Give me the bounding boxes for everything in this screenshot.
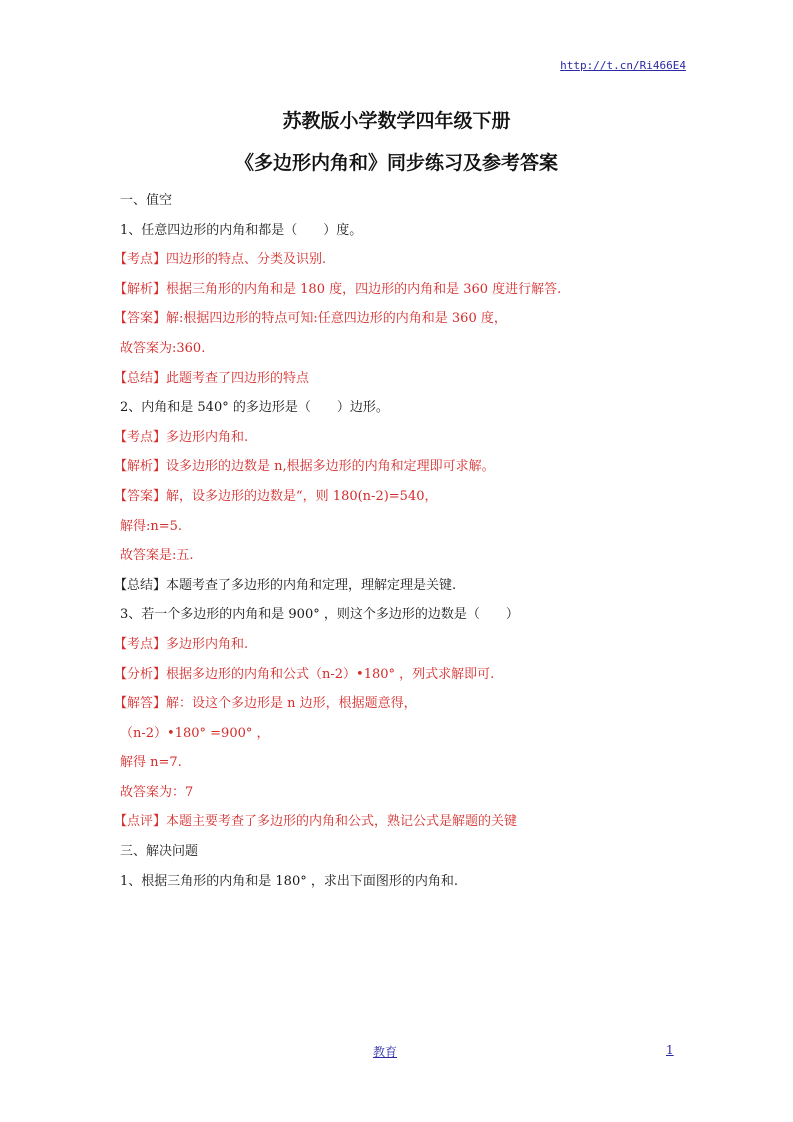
line-text: 根据多边形的内角和公式（n-2）•180° ，列式求解即可. [166, 667, 494, 682]
document-line: 【总结】本题考查了多边形的内角和定理，理解定理是关键. [120, 571, 680, 601]
document-title: 苏教版小学数学四年级下册 [0, 106, 793, 133]
line-text: 解得:n=5. [120, 519, 182, 534]
section-tag: 【总结】 [114, 371, 166, 386]
document-line: 【答案】解:根据四边形的特点可知:任意四边形的内角和是 360 度， [120, 304, 680, 334]
section-tag: 【答案】 [114, 311, 166, 326]
line-text: 故答案为：7 [120, 785, 193, 800]
document-line: 三、解决问题 [120, 837, 680, 867]
line-text: 解，设多边形的边数是“，则 180(n-2)=540， [166, 489, 437, 504]
section-tag: 【解析】 [114, 459, 166, 474]
line-text: 此题考查了四边形的特点 [166, 371, 309, 386]
document-line: 【答案】解，设多边形的边数是“，则 180(n-2)=540， [120, 482, 680, 512]
document-line: 【总结】此题考查了四边形的特点 [120, 364, 680, 394]
line-text: 解:根据四边形的特点可知:任意四边形的内角和是 360 度， [166, 311, 507, 326]
line-text: 3、若一个多边形的内角和是 900° ，则这个多边形的边数是（ ） [120, 607, 519, 622]
document-line: 【解析】根据三角形的内角和是 180 度，四边形的内角和是 360 度进行解答. [120, 275, 680, 305]
line-text: 本题考查了多边形的内角和定理，理解定理是关键. [166, 578, 456, 593]
page-number[interactable]: 1 [666, 1043, 674, 1057]
document-line: 【解析】设多边形的边数是 n,根据多边形的内角和定理即可求解。 [120, 452, 680, 482]
line-text: 多边形内角和. [166, 430, 248, 445]
section-tag: 【答案】 [114, 489, 166, 504]
document-line: 【考点】四边形的特点、分类及识别. [120, 245, 680, 275]
footer-link[interactable]: 教育 [373, 1043, 397, 1060]
line-text: 故答案是:五. [120, 548, 194, 563]
line-text: （n-2）•180° =900° ， [120, 726, 270, 741]
header-url-link[interactable]: http://t.cn/Ri466E4 [560, 59, 686, 72]
document-line: 故答案是:五. [120, 541, 680, 571]
document-subtitle: 《多边形内角和》同步练习及参考答案 [0, 148, 793, 175]
section-tag: 【解答】 [114, 696, 166, 711]
line-text: 1、根据三角形的内角和是 180° ，求出下面图形的内角和. [120, 874, 458, 889]
document-line: 【考点】多边形内角和. [120, 423, 680, 453]
document-line: 【点评】本题主要考查了多边形的内角和公式，熟记公式是解题的关键 [120, 807, 680, 837]
line-text: 故答案为:360. [120, 341, 205, 356]
line-text: 本题主要考查了多边形的内角和公式，熟记公式是解题的关键 [166, 814, 517, 829]
document-line: 故答案为：7 [120, 778, 680, 808]
document-line: 3、若一个多边形的内角和是 900° ，则这个多边形的边数是（ ） [120, 600, 680, 630]
line-text: 四边形的特点、分类及识别. [166, 252, 326, 267]
document-line: 解得:n=5. [120, 512, 680, 542]
line-text: 一、值空 [120, 193, 172, 208]
section-tag: 【点评】 [114, 814, 166, 829]
document-line: 【解答】解：设这个多边形是 n 边形，根据题意得， [120, 689, 680, 719]
document-line: 1、任意四边形的内角和都是（ ）度。 [120, 216, 680, 246]
document-line: 一、值空 [120, 186, 680, 216]
line-text: 解：设这个多边形是 n 边形，根据题意得， [166, 696, 417, 711]
line-text: 解得 n=7. [120, 755, 182, 770]
section-tag: 【考点】 [114, 252, 166, 267]
document-line: 【考点】多边形内角和. [120, 630, 680, 660]
document-body: 一、值空1、任意四边形的内角和都是（ ）度。【考点】四边形的特点、分类及识别.【… [120, 186, 680, 896]
section-tag: 【考点】 [114, 637, 166, 652]
line-text: 多边形内角和. [166, 637, 248, 652]
line-text: 设多边形的边数是 n,根据多边形的内角和定理即可求解。 [166, 459, 495, 474]
document-line: 2、内角和是 540° 的多边形是（ ）边形。 [120, 393, 680, 423]
document-line: 1、根据三角形的内角和是 180° ，求出下面图形的内角和. [120, 867, 680, 897]
line-text: 根据三角形的内角和是 180 度，四边形的内角和是 360 度进行解答. [166, 282, 561, 297]
document-line: （n-2）•180° =900° ， [120, 719, 680, 749]
document-line: 解得 n=7. [120, 748, 680, 778]
section-tag: 【考点】 [114, 430, 166, 445]
line-text: 1、任意四边形的内角和都是（ ）度。 [120, 223, 362, 238]
section-tag: 【总结】 [114, 578, 166, 593]
document-line: 故答案为:360. [120, 334, 680, 364]
line-text: 2、内角和是 540° 的多边形是（ ）边形。 [120, 400, 389, 415]
document-line: 【分析】根据多边形的内角和公式（n-2）•180° ，列式求解即可. [120, 660, 680, 690]
line-text: 三、解决问题 [120, 844, 198, 859]
section-tag: 【解析】 [114, 282, 166, 297]
section-tag: 【分析】 [114, 667, 166, 682]
